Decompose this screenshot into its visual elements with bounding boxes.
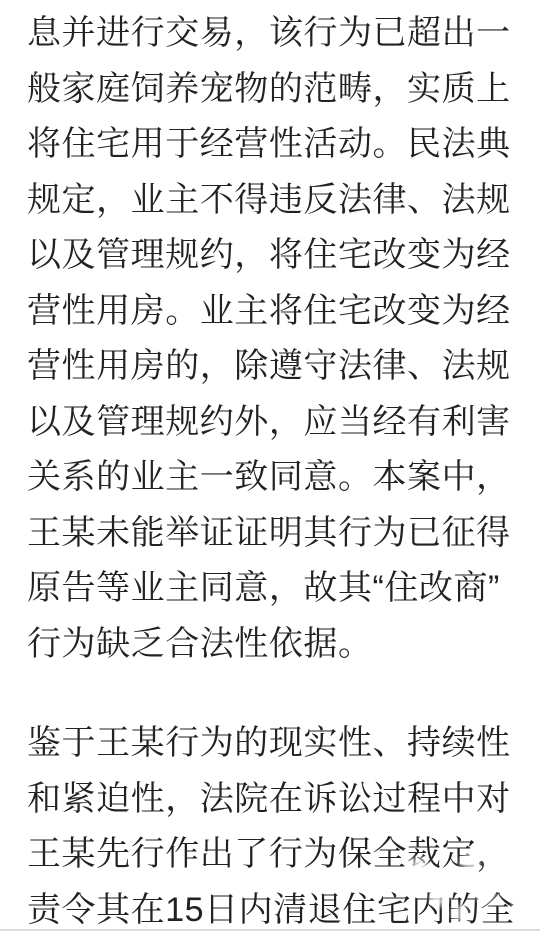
text-line: 原告等业主同意，故其“住改商”: [27, 561, 513, 617]
text-line: 鉴于王某行为的现实性、持续性: [27, 716, 513, 772]
text-line: 以及管理规约外，应当经有利害: [27, 395, 513, 451]
text-line: 规定，业主不得违反法律、法规: [27, 173, 513, 229]
text-line: 营性用房的，除遵守法律、法规: [27, 339, 513, 395]
article-body: 息并进行交易，该行为已超出一 般家庭饲养宠物的范畴，实质上 将住宅用于经营性活动…: [0, 0, 540, 938]
paragraph-2: 鉴于王某行为的现实性、持续性 和紧迫性，法院在诉讼过程中对 王某先行作出了行为保…: [27, 716, 513, 938]
bottom-divider: [0, 929, 540, 931]
text-line: 和紧迫性，法院在诉讼过程中对: [27, 772, 513, 828]
text-line: 将住宅用于经营性活动。民法典: [27, 117, 513, 173]
text-line: 以及管理规约，将住宅改变为经: [27, 228, 513, 284]
text-line: 关系的业主一致同意。本案中，: [27, 450, 513, 506]
text-line: 息并进行交易，该行为已超出一: [27, 6, 513, 62]
text-line: 行为缺乏合法性依据。: [27, 617, 513, 673]
text-line: 营性用房。业主将住宅改变为经: [27, 284, 513, 340]
paragraph-1: 息并进行交易，该行为已超出一 般家庭饲养宠物的范畴，实质上 将住宅用于经营性活动…: [27, 6, 513, 672]
text-line: 般家庭饲养宠物的范畴，实质上: [27, 62, 513, 118]
text-line: 王某未能举证证明其行为已征得: [27, 506, 513, 562]
text-line: 王某先行作出了行为保全裁定，: [27, 827, 513, 883]
